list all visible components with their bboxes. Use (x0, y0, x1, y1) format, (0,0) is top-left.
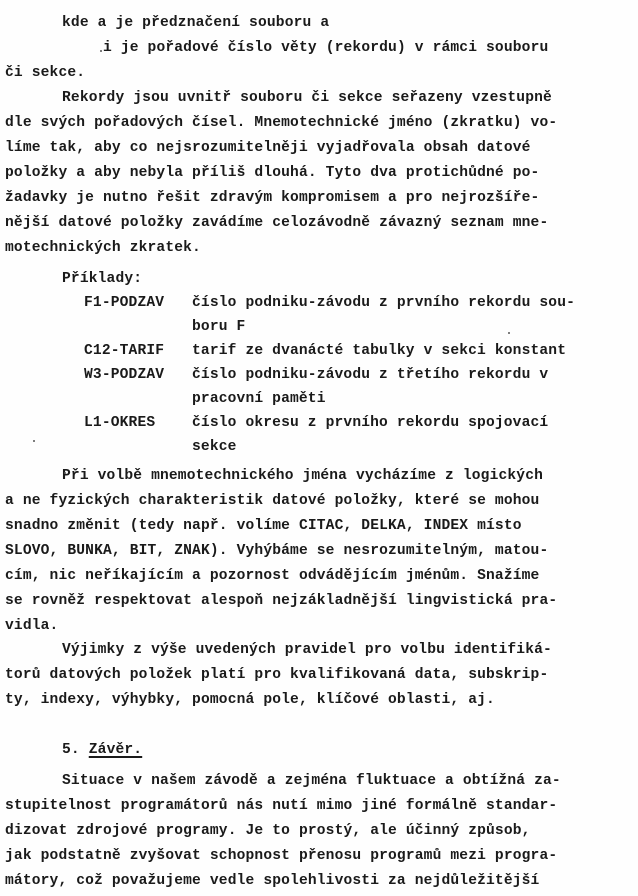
scan-speck (64, 472, 66, 474)
paragraph-2-line: Při volbě mnemotechnického jména vychází… (62, 467, 543, 485)
scan-speck (508, 332, 510, 334)
scan-speck (33, 440, 35, 442)
paragraph-3-line: ty, indexy, výhybky, pomocná pole, klíčo… (5, 691, 495, 709)
example-code: C12-TARIF (84, 342, 164, 360)
paragraph-4-line: dizovat zdrojové programy. Je to prostý,… (5, 822, 531, 840)
scan-speck (6, 497, 8, 499)
document-page: kde a je předznačení souboru a i je pořa… (0, 0, 638, 896)
example-description: číslo okresu z prvního rekordu spojovací (192, 414, 548, 432)
paragraph-1-line: dle svých pořadových čísel. Mnemotechnic… (5, 114, 557, 132)
example-code: F1-PODZAV (84, 294, 164, 312)
paragraph-2-line: se rovněž respektovat alespoň nejzákladn… (5, 592, 557, 610)
scan-speck (100, 50, 102, 52)
paragraph-1-line: líme tak, aby co nejsrozumitelněji vyjad… (5, 139, 531, 157)
examples-heading: Příklady: (62, 270, 142, 288)
paragraph-1-line: nější datové položky zavádíme celozávodn… (5, 214, 548, 232)
paragraph-3-line: torů datových položek platí pro kvalifik… (5, 666, 548, 684)
paragraph-4-line: Situace v našem závodě a zejména fluktua… (62, 772, 561, 790)
paragraph-4-line: mátory, což považujeme vedle spolehlivos… (5, 872, 539, 890)
section-title: Závěr. (89, 742, 142, 758)
example-code: L1-OKRES (84, 414, 155, 432)
paragraph-1-line: položky a aby nebyla příliš dlouhá. Tyto… (5, 164, 539, 182)
example-code: W3-PODZAV (84, 366, 164, 384)
paragraph-4-line: jak podstatně zvyšovat schopnost přenosu… (5, 847, 557, 865)
example-description: sekce (192, 438, 237, 456)
paragraph-3-line: Výjimky z výše uvedených pravidel pro vo… (62, 641, 552, 659)
paragraph-2-line: vidla. (5, 617, 58, 635)
section-number: 5. (62, 742, 80, 758)
paragraph-2-line: SLOVO, BUNKA, BIT, ZNAK). Vyhýbáme se ne… (5, 542, 548, 560)
example-description: číslo podniku-závodu z třetího rekordu v (192, 366, 548, 384)
paragraph-4-line: stupitelnost programátorů nás nutí mimo … (5, 797, 557, 815)
example-description: tarif ze dvanácté tabulky v sekci konsta… (192, 342, 566, 360)
paragraph-1-line: žadavky je nutno řešit zdravým kompromis… (5, 189, 539, 207)
intro-line-3: či sekce. (5, 64, 85, 82)
example-description: číslo podniku-závodu z prvního rekordu s… (192, 294, 575, 312)
paragraph-1-line: motechnických zkratek. (5, 239, 201, 257)
intro-line-1: kde a je předznačení souboru a (62, 14, 329, 32)
paragraph-2-line: snadno změnit (tedy např. volíme CITAC, … (5, 517, 522, 535)
intro-line-2: i je pořadové číslo věty (rekordu) v rám… (103, 39, 548, 57)
paragraph-1-line: Rekordy jsou uvnitř souboru či sekce seř… (62, 89, 552, 107)
section-heading: 5. Závěr. (62, 741, 142, 759)
paragraph-2-line: a ne fyzických charakteristik datové pol… (5, 492, 539, 510)
paragraph-2-line: cím, nic neříkajícím a pozornost odváděj… (5, 567, 539, 585)
example-description: pracovní paměti (192, 390, 326, 408)
example-description: boru F (192, 318, 245, 336)
